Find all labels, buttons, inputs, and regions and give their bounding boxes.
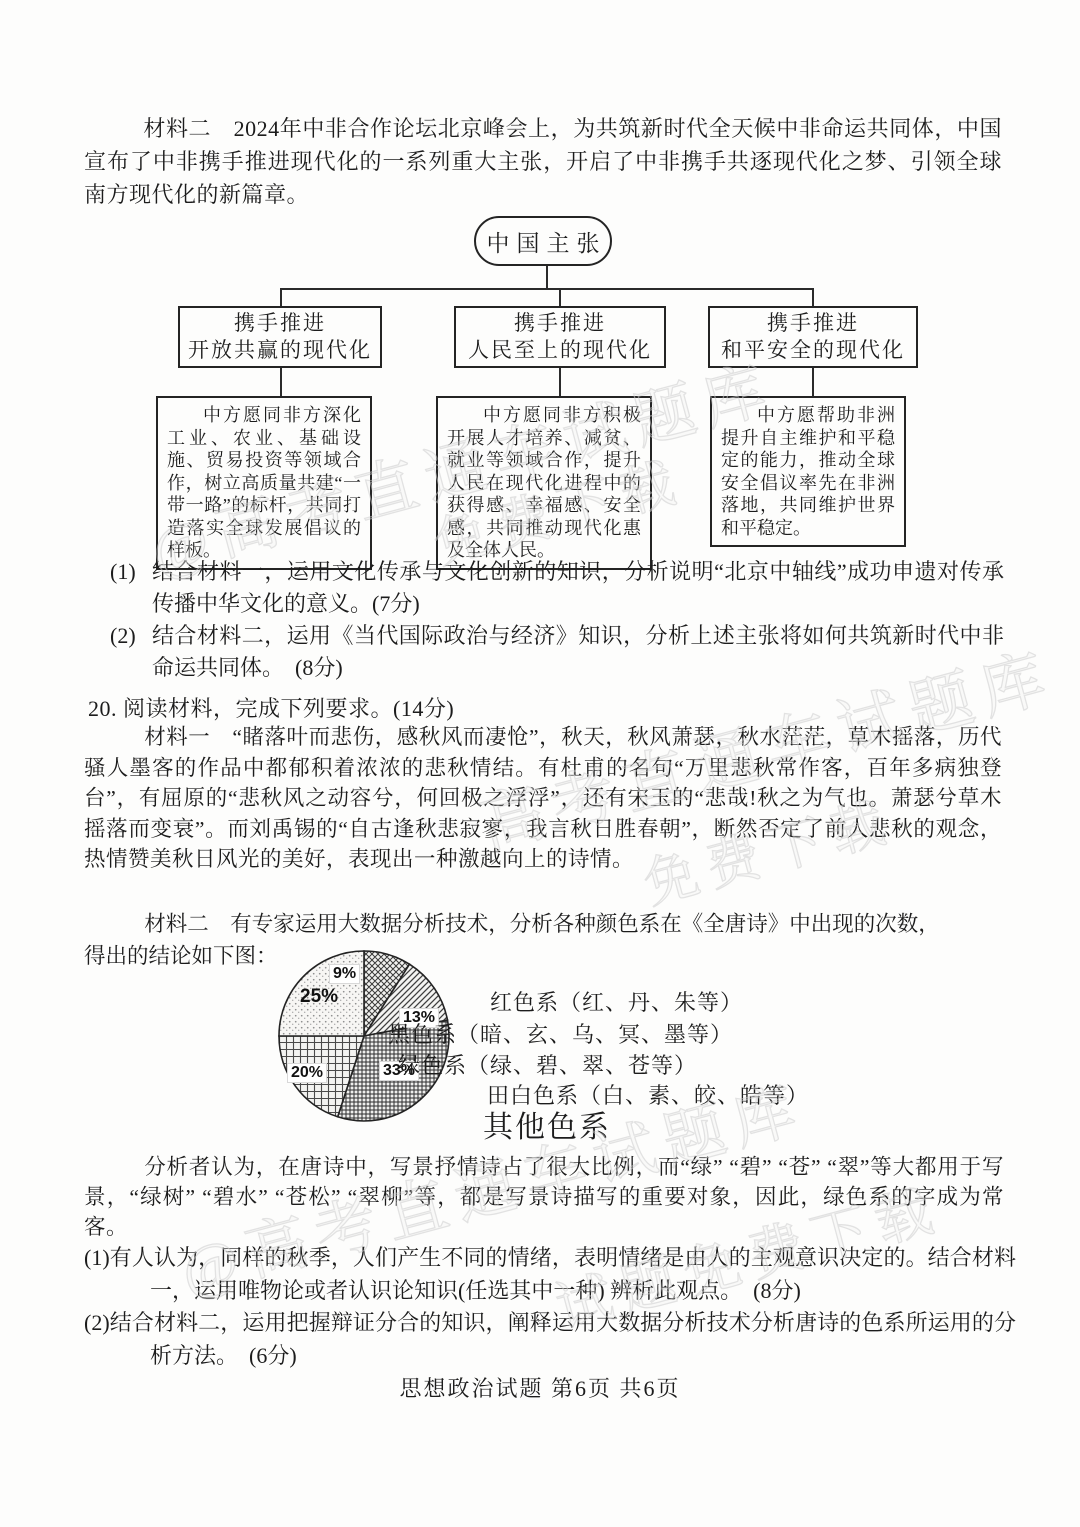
flowchart-branch-2-detail: 中方愿同非方积极开展人才培养、减贫、就业等领域合作，提升人民在现代化进程中的获得… [436,396,652,570]
question-item: (1)有人认为，同样的秋季，人们产生不同的情绪，表明情绪是由人的主观意识决定的。… [84,1242,1016,1307]
branch-title-line: 携手推进 [234,310,326,337]
question-19-subquestions: (1) 结合材料一，运用文化传承与文化创新的知识，分析说明“北京中轴线”成功申遗… [84,556,1004,684]
legend-red-series: 红色系（红、丹、朱等） [490,986,743,1017]
branch-title-line: 人民至上的现代化 [468,337,652,364]
question-number: (1) [110,556,136,588]
page-footer: 思想政治试题 第6页 共6页 [0,1372,1080,1403]
question-number: (2) [110,620,136,652]
q20-analysis-paragraph: 分析者认为，在唐诗中，写景抒情诗占了很大比例，而“绿” “碧” “苍” “翠”等… [84,1152,1004,1242]
branch-title-line: 开放共赢的现代化 [188,337,372,364]
question-text: 结合材料二，运用把握辩证分合的知识，阐释运用大数据分析技术分析唐诗的色系所运用的… [110,1310,1016,1368]
flowchart-branch-3-title: 携手推进 和平安全的现代化 [708,306,918,368]
branch-title-line: 携手推进 [767,310,859,337]
connector-line [559,288,561,308]
q20-material2-line1: 材料二 有专家运用大数据分析技术，分析各种颜色系在《全唐诗》中出现的次数， [84,907,1002,938]
legend-green-series: 绿色系（绿、碧、翠、苍等） [398,1049,697,1080]
question-text: 结合材料二，运用《当代国际政治与经济》知识，分析上述主张将如何共筑新时代中非命运… [152,623,1004,680]
connector-line [280,368,282,396]
branch-title-line: 和平安全的现代化 [721,337,905,364]
connector-line [280,288,814,290]
question-number: (1) [84,1245,110,1270]
question-20-heading: 20. 阅读材料，完成下列要求。(14分) [88,692,454,723]
flowchart-branch-1-detail: 中方愿同非方深化工业、农业、基础设施、贸易投资等领域合作，树立高质量共建“一带一… [156,396,372,570]
material2-intro-paragraph: 材料二 2024年中非合作论坛北京峰会上，为共筑新时代全天候中非命运共同体，中国… [84,112,1002,211]
legend-black-series: 黑色系（暗、玄、乌、冥、墨等） [388,1018,733,1049]
flowchart-branch-1-title: 携手推进 开放共赢的现代化 [178,306,382,368]
question-item: (1) 结合材料一，运用文化传承与文化创新的知识，分析说明“北京中轴线”成功申遗… [84,556,1004,620]
question-number: (2) [84,1310,110,1335]
connector-line [812,288,814,308]
connector-line [812,368,814,396]
question-text: 有人认为，同样的秋季，人们产生不同的情绪，表明情绪是由人的主观意识决定的。结合材… [110,1245,1016,1303]
q20-material1-paragraph: 材料一 “睹落叶而悲伤，感秋风而凄怆”，秋天，秋风萧瑟，秋水茫茫，草木摇落，历代… [84,722,1002,875]
question-20-subquestions: (1)有人认为，同样的秋季，人们产生不同的情绪，表明情绪是由人的主观意识决定的。… [84,1242,1016,1372]
legend-other-series: 其他色系 [483,1102,611,1146]
flowchart-branch-3-detail: 中方愿帮助非洲提升自主维护和平稳定的能力，推动全球安全倡议率先在非洲落地，共同维… [710,396,906,547]
pie-label-25pct: 25% [297,986,341,1008]
exam-page: @高考直通车试题库 免费下载 高考直通车试题库 免费下载 @高考直通车试题库 试… [0,0,1080,1527]
question-item: (2) 结合材料二，运用《当代国际政治与经济》知识，分析上述主张将如何共筑新时代… [84,620,1004,684]
question-text: 结合材料一，运用文化传承与文化创新的知识，分析说明“北京中轴线”成功申遗对传承传… [152,559,1004,616]
connector-line [559,368,561,396]
flowchart-branch-2-title: 携手推进 人民至上的现代化 [454,306,666,368]
pie-label-20pct: 20% [287,1063,327,1083]
connector-line [280,288,282,308]
flowchart-root-node: 中国主张 [474,216,612,266]
branch-title-line: 携手推进 [514,310,606,337]
pie-label-9pct: 9% [329,964,360,984]
question-item: (2)结合材料二，运用把握辩证分合的知识，阐释运用大数据分析技术分析唐诗的色系所… [84,1307,1016,1372]
q20-material2-line2: 得出的结论如下图： [84,939,278,970]
connector-line [546,266,548,289]
